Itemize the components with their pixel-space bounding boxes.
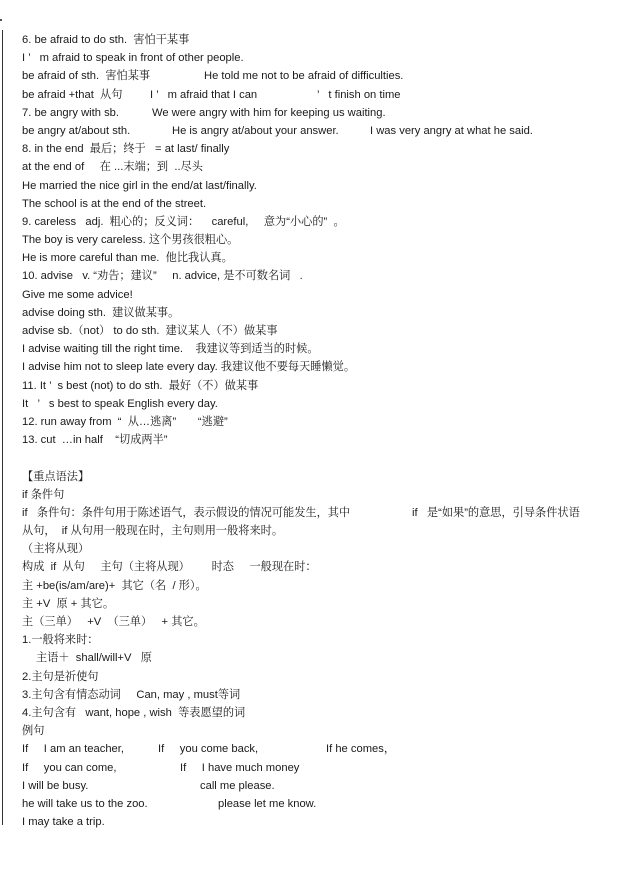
text-segment: If he comes，: [326, 740, 395, 758]
text-line: 3.主句含有情态动词 Can, may , must等词: [22, 686, 632, 704]
text-segment: 8. in the end 最后；终于 = at last/ finally: [22, 140, 229, 158]
text-line: 例句: [22, 722, 632, 740]
text-line: The school is at the end of the street.: [22, 195, 632, 213]
text-line: if 条件句: [22, 486, 632, 504]
text-line: If I am an teacher,If you come back,If h…: [22, 740, 632, 758]
text-segment: at the end of 在 ...末端；到 ..尽头: [22, 158, 203, 176]
text-line: I will be busy.call me please.: [22, 777, 632, 795]
text-segment: he will take us to the zoo.: [22, 795, 148, 813]
text-line: 【重点语法】: [22, 468, 632, 486]
text-line: 主 +be(is/am/are)+ 其它（名 / 形）。: [22, 577, 632, 595]
text-line: If you can come,If I have much money: [22, 759, 632, 777]
text-segment: 12. run away from “ 从…逃离” “逃避”: [22, 413, 228, 431]
text-line: be angry at/about sth.He is angry at/abo…: [22, 122, 632, 140]
text-segment: If I have much money: [180, 759, 299, 777]
text-line: 2.主句是祈使句: [22, 668, 632, 686]
text-segment: I ’ m afraid to speak in front of other …: [22, 49, 244, 67]
document-page: 6. be afraid to do sth. 害怕干某事I ’ m afrai…: [22, 31, 632, 831]
text-segment: 主语＋ shall/will+V 原: [36, 649, 152, 667]
text-segment: 例句: [22, 722, 44, 740]
text-segment: if 条件句: [22, 486, 64, 504]
text-segment: advise sb.（not） to do sth. 建议某人（不）做某事: [22, 322, 278, 340]
text-line: 7. be angry with sb.We were angry with h…: [22, 104, 632, 122]
text-segment: please let me know.: [218, 795, 316, 813]
text-line: be afraid of sth. 害怕某事He told me not to …: [22, 67, 632, 85]
text-line: 1.一般将来时：: [22, 631, 632, 649]
text-line: I may take a trip.: [22, 813, 632, 831]
text-segment: 【重点语法】: [22, 468, 89, 486]
text-line: 8. in the end 最后；终于 = at last/ finally: [22, 140, 632, 158]
text-line: 从句， if 从句用一般现在时，主句则用一般将来时。: [22, 522, 632, 540]
text-line: He married the nice girl in the end/at l…: [22, 177, 632, 195]
text-segment: advise doing sth. 建议做某事。: [22, 304, 179, 322]
text-segment: if 条件句：条件句用于陈述语气，表示假设的情况可能发生，其中: [22, 504, 350, 522]
text-segment: I will be busy.: [22, 777, 88, 795]
blank-line: [22, 449, 632, 467]
text-line: I advise him not to sleep late every day…: [22, 358, 632, 376]
text-line: 4.主句含有 want, hope , wish 等表愿望的词: [22, 704, 632, 722]
text-segment: 构成 if 从句 主句（主将从现） 时态 一般现在时：: [22, 558, 317, 576]
text-segment: be afraid of sth. 害怕某事: [22, 67, 150, 85]
text-segment: 从句， if 从句用一般现在时，主句则用一般将来时。: [22, 522, 283, 540]
left-margin-rule: [2, 30, 3, 825]
text-segment: 9. careless adj. 粗心的；反义词： careful, 意为“小心…: [22, 213, 345, 231]
text-segment: 主（三单） +V （三单） + 其它。: [22, 613, 205, 631]
text-line: 9. careless adj. 粗心的；反义词： careful, 意为“小心…: [22, 213, 632, 231]
text-line: （主将从现）: [22, 540, 632, 558]
text-segment: Give me some advice!: [22, 286, 133, 304]
text-segment: I may take a trip.: [22, 813, 105, 831]
text-line: I advise waiting till the right time. 我建…: [22, 340, 632, 358]
text-segment: 11. It ’ s best (not) to do sth. 最好（不）做某…: [22, 377, 258, 395]
text-line: 6. be afraid to do sth. 害怕干某事: [22, 31, 632, 49]
text-line: Give me some advice!: [22, 286, 632, 304]
text-segment: 3.主句含有情态动词 Can, may , must等词: [22, 686, 240, 704]
text-segment: He told me not to be afraid of difficult…: [204, 67, 403, 85]
text-segment: 7. be angry with sb.: [22, 104, 119, 122]
text-line: at the end of 在 ...末端；到 ..尽头: [22, 158, 632, 176]
text-segment: 2.主句是祈使句: [22, 668, 98, 686]
text-segment: be afraid +that 从句: [22, 86, 122, 104]
text-segment: I was very angry at what he said.: [370, 122, 533, 140]
text-segment: I advise waiting till the right time. 我建…: [22, 340, 319, 358]
text-line: 主语＋ shall/will+V 原: [22, 649, 632, 667]
text-segment: （主将从现）: [22, 540, 89, 558]
text-segment: 主 +be(is/am/are)+ 其它（名 / 形）。: [22, 577, 207, 595]
text-segment: if 是“如果”的意思，引导条件状语: [412, 504, 580, 522]
text-segment: 1.一般将来时：: [22, 631, 98, 649]
text-segment: 4.主句含有 want, hope , wish 等表愿望的词: [22, 704, 245, 722]
text-line: advise doing sth. 建议做某事。: [22, 304, 632, 322]
text-line: It ’ s best to speak English every day.: [22, 395, 632, 413]
text-segment: He is angry at/about your answer.: [172, 122, 339, 140]
text-segment: If you can come,: [22, 759, 117, 777]
text-segment: He married the nice girl in the end/at l…: [22, 177, 257, 195]
text-line: 12. run away from “ 从…逃离” “逃避”: [22, 413, 632, 431]
text-line: He is more careful than me. 他比我认真。: [22, 249, 632, 267]
text-segment: I ’ m afraid that I can: [150, 86, 257, 104]
text-segment: call me please.: [200, 777, 275, 795]
text-line: he will take us to the zoo.please let me…: [22, 795, 632, 813]
text-line: 主 +V 原 + 其它。: [22, 595, 632, 613]
text-segment: be angry at/about sth.: [22, 122, 130, 140]
text-segment: He is more careful than me. 他比我认真。: [22, 249, 233, 267]
text-segment: We were angry with him for keeping us wa…: [152, 104, 386, 122]
text-line: 13. cut …in half “切成两半”: [22, 431, 632, 449]
text-segment: ’ t finish on time: [317, 86, 401, 104]
text-segment: 主 +V 原 + 其它。: [22, 595, 114, 613]
text-segment: The school is at the end of the street.: [22, 195, 206, 213]
text-segment: I advise him not to sleep late every day…: [22, 358, 355, 376]
text-line: 构成 if 从句 主句（主将从现） 时态 一般现在时：: [22, 558, 632, 576]
text-line: 主（三单） +V （三单） + 其它。: [22, 613, 632, 631]
text-line: if 条件句：条件句用于陈述语气，表示假设的情况可能发生，其中if 是“如果”的…: [22, 504, 632, 522]
text-segment: If I am an teacher,: [22, 740, 124, 758]
text-segment: 6. be afraid to do sth. 害怕干某事: [22, 31, 189, 49]
text-segment: It ’ s best to speak English every day.: [22, 395, 218, 413]
text-line: advise sb.（not） to do sth. 建议某人（不）做某事: [22, 322, 632, 340]
corner-mark: [0, 19, 2, 21]
text-segment: The boy is very careless. 这个男孩很粗心。: [22, 231, 238, 249]
text-segment: 13. cut …in half “切成两半”: [22, 431, 167, 449]
text-line: 11. It ’ s best (not) to do sth. 最好（不）做某…: [22, 377, 632, 395]
text-line: I ’ m afraid to speak in front of other …: [22, 49, 632, 67]
text-line: be afraid +that 从句I ’ m afraid that I ca…: [22, 86, 632, 104]
text-segment: 10. advise v. “劝告；建议” n. advice, 是不可数名词 …: [22, 267, 303, 285]
text-line: 10. advise v. “劝告；建议” n. advice, 是不可数名词 …: [22, 267, 632, 285]
text-segment: If you come back,: [158, 740, 258, 758]
text-line: The boy is very careless. 这个男孩很粗心。: [22, 231, 632, 249]
